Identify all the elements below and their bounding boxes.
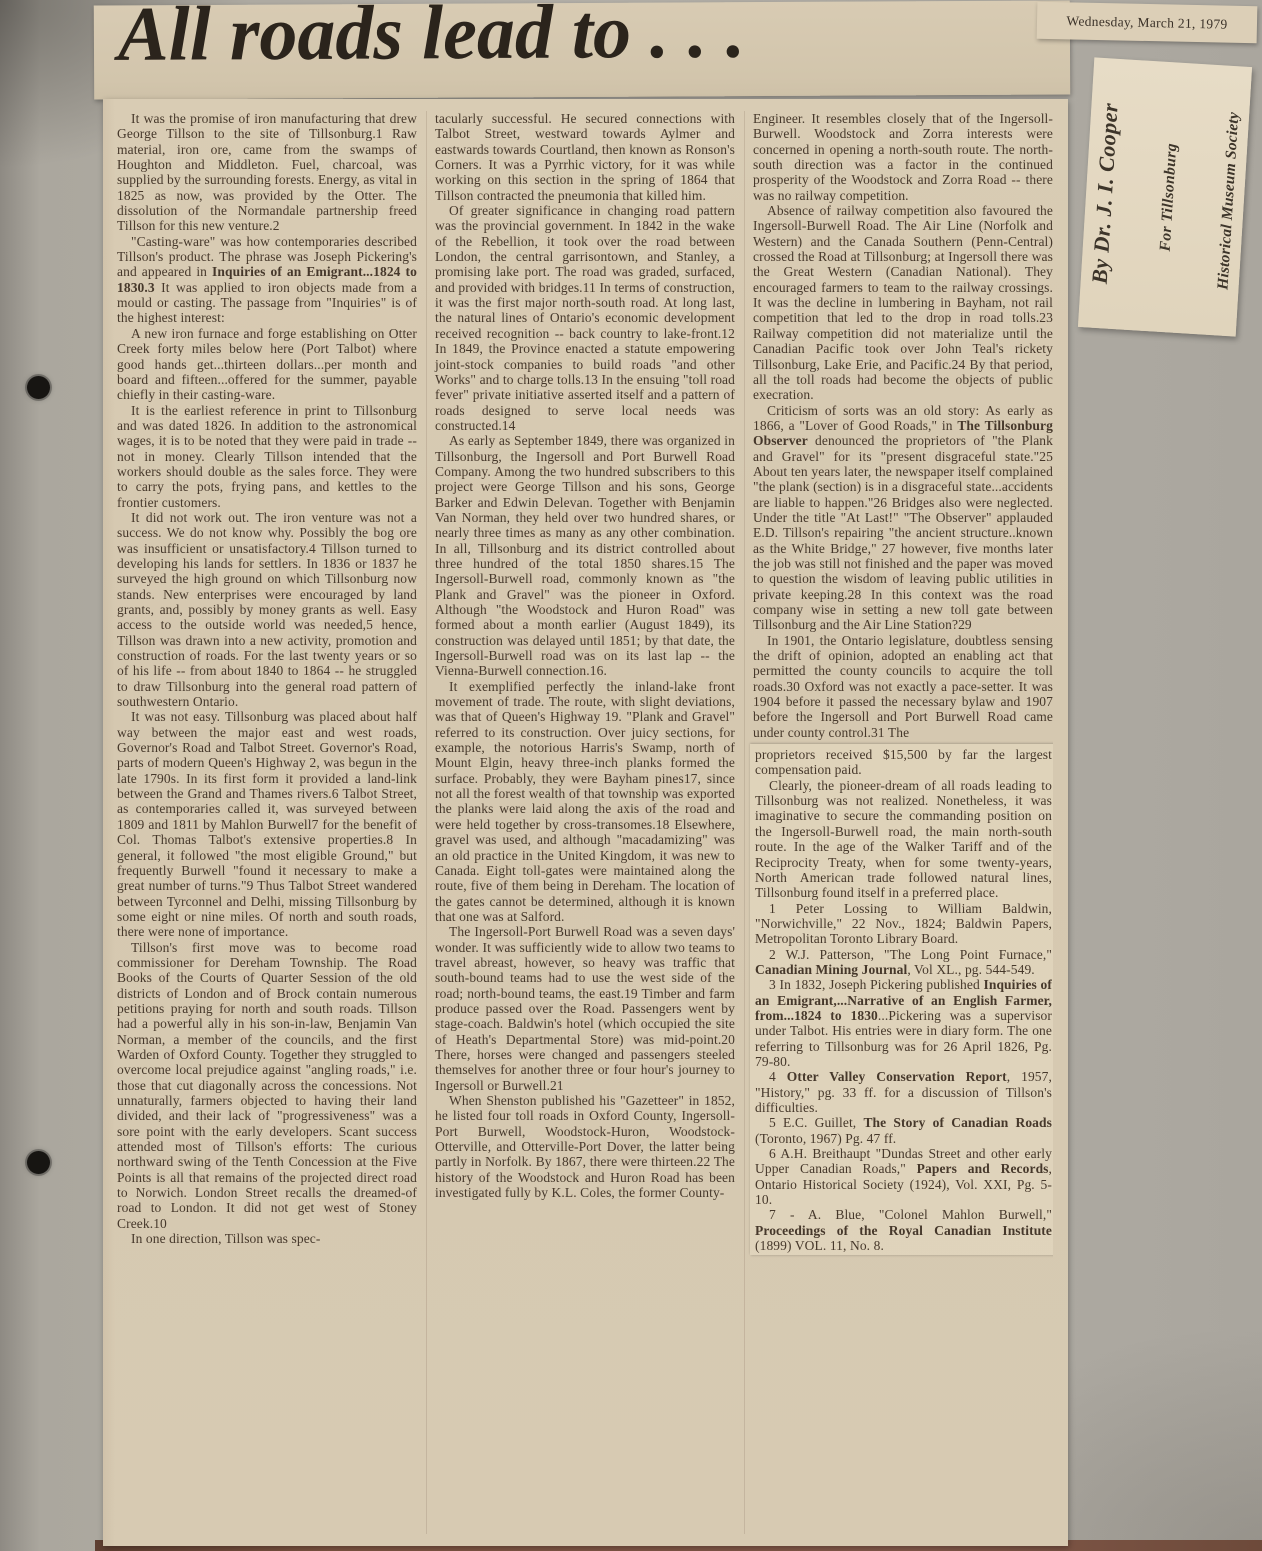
paragraph: In one direction, Tillson was spec- <box>117 1231 417 1246</box>
paragraph: Criticism of sorts was an old story: As … <box>753 403 1053 633</box>
paragraph: 2 W.J. Patterson, "The Long Point Furnac… <box>755 947 1052 978</box>
paragraph: A new iron furnace and forge establishin… <box>117 326 417 403</box>
paragraph: 3 In 1832, Joseph Pickering published In… <box>755 977 1052 1069</box>
article-column-1: It was the promise of iron manufacturing… <box>117 111 417 1534</box>
article-column-3-lower-clipping: proprietors received $15,500 by far the … <box>750 744 1053 1255</box>
paragraph: tacularly successful. He secured connect… <box>435 111 735 203</box>
byline-for: For Tillsonburg <box>1152 66 1186 329</box>
paragraph: In 1901, the Ontario legislature, doubtl… <box>753 633 1053 740</box>
date-text: Wednesday, March 21, 1979 <box>1066 13 1227 32</box>
headline-clipping: All roads lead to . . . <box>94 0 1070 99</box>
byline-author: By Dr. J. I. Cooper <box>1084 62 1126 325</box>
byline: By Dr. J. I. Cooper For Tillsonburg Hist… <box>1078 57 1252 336</box>
paragraph: proprietors received $15,500 by far the … <box>755 747 1052 778</box>
paragraph: It was the promise of iron manufacturing… <box>117 111 417 234</box>
paragraph: Of greater significance in changing road… <box>435 203 735 433</box>
paragraph: It exemplified perfectly the inland-lake… <box>435 679 735 925</box>
paragraph: It is the earliest reference in print to… <box>117 403 417 510</box>
paragraph: Absence of railway competition also favo… <box>753 203 1053 402</box>
paragraph: It did not work out. The iron venture wa… <box>117 510 417 709</box>
paragraph: When Shenston published his "Gazetteer" … <box>435 1093 735 1200</box>
paragraph: 1 Peter Lossing to William Baldwin, "Nor… <box>755 901 1052 947</box>
headline: All roads lead to . . . <box>118 0 1070 79</box>
paragraph: 5 E.C. Guillet, The Story of Canadian Ro… <box>755 1115 1052 1146</box>
byline-clipping: By Dr. J. I. Cooper For Tillsonburg Hist… <box>1078 57 1252 336</box>
paragraph: 7 - A. Blue, "Colonel Mahlon Burwell," P… <box>755 1207 1052 1253</box>
date-clipping: Wednesday, March 21, 1979 <box>1037 2 1258 44</box>
byline-organization: Historical Museum Society <box>1212 70 1246 333</box>
paragraph: "Casting-ware" was how contemporaries de… <box>117 234 417 326</box>
paragraph: 6 A.H. Breithaupt "Dundas Street and oth… <box>755 1146 1052 1207</box>
paragraph: The Ingersoll-Port Burwell Road was a se… <box>435 924 735 1093</box>
hole-punch-top <box>27 376 50 399</box>
paragraph: Tillson's first move was to become road … <box>117 940 417 1232</box>
paragraph: Engineer. It resembles closely that of t… <box>753 111 1053 203</box>
article-clipping: It was the promise of iron manufacturing… <box>103 99 1068 1546</box>
article-column-3: Engineer. It resembles closely that of t… <box>744 111 1053 1534</box>
scrapbook-page: All roads lead to . . . Wednesday, March… <box>0 0 1262 1551</box>
article-column-2: tacularly successful. He secured connect… <box>426 111 735 1534</box>
article-column-3-upper: Engineer. It resembles closely that of t… <box>753 111 1053 740</box>
hole-punch-bottom <box>27 1151 50 1174</box>
paragraph: 4 Otter Valley Conservation Report, 1957… <box>755 1069 1052 1115</box>
paragraph: It was not easy. Tillsonburg was placed … <box>117 709 417 939</box>
paragraph: Clearly, the pioneer-dream of all roads … <box>755 778 1052 901</box>
paragraph: As early as September 1849, there was or… <box>435 433 735 679</box>
